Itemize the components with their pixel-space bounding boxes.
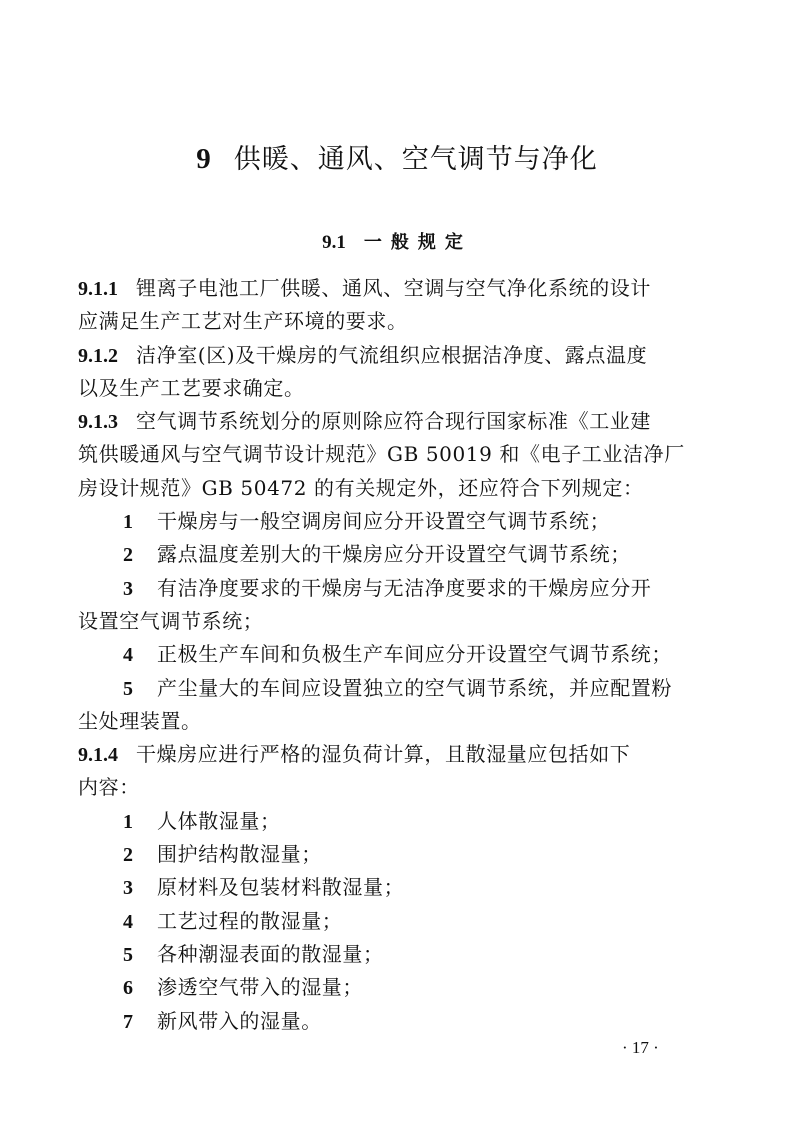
- item-text: 原材料及包装材料散湿量；: [157, 875, 404, 899]
- item-text: 人体散湿量；: [157, 809, 281, 833]
- item-number: 2: [123, 539, 157, 572]
- list-item: 2围护结构散湿量；: [78, 838, 718, 871]
- list-item: 4工艺过程的散湿量；: [78, 905, 718, 938]
- clause-text: 干燥房应进行严格的湿负荷计算，且散湿量应包括如下: [136, 742, 630, 766]
- item-number: 5: [123, 939, 157, 972]
- list-item: 7新风带入的湿量。: [78, 1005, 718, 1038]
- clause-9-1-1: 9.1.1锂离子电池工厂供暖、通风、空调与空气净化系统的设计: [78, 272, 718, 305]
- clause-text: 空气调节系统划分的原则除应符合现行国家标准《工业建: [136, 409, 651, 433]
- item-text: 产尘量大的车间应设置独立的空气调节系统，并应配置粉: [157, 676, 672, 700]
- item-text: 干燥房与一般空调房间应分开设置空气调节系统；: [157, 509, 610, 533]
- clause-text-line: 内容：: [78, 771, 718, 804]
- chapter-title: 9供暖、通风、空气调节与净化: [0, 137, 794, 176]
- item-text-continuation: 设置空气调节系统；: [78, 605, 718, 638]
- list-item: 3原材料及包装材料散湿量；: [78, 871, 718, 904]
- list-item: 5各种潮湿表面的散湿量；: [78, 938, 718, 971]
- section-title: 9.1一般规定: [0, 228, 794, 254]
- clause-text: 锂离子电池工厂供暖、通风、空调与空气净化系统的设计: [136, 276, 651, 300]
- clause-number: 9.1.2: [78, 345, 118, 367]
- item-number: 5: [123, 673, 157, 706]
- document-page: 9供暖、通风、空气调节与净化 9.1一般规定 9.1.1锂离子电池工厂供暖、通风…: [0, 0, 794, 1123]
- clause-text-line: 筑供暖通风与空气调节设计规范》GB 50019 和《电子工业洁净厂: [78, 438, 718, 471]
- item-number: 7: [123, 1006, 157, 1039]
- item-text: 有洁净度要求的干燥房与无洁净度要求的干燥房应分开: [157, 576, 651, 600]
- item-text: 各种潮湿表面的散湿量；: [157, 942, 384, 966]
- clause-number: 9.1.3: [78, 411, 118, 433]
- clause-text-line: 应满足生产工艺对生产环境的要求。: [78, 305, 718, 338]
- item-text: 围护结构散湿量；: [157, 842, 322, 866]
- chapter-title-text: 供暖、通风、空气调节与净化: [234, 144, 598, 175]
- list-item: 5产尘量大的车间应设置独立的空气调节系统，并应配置粉: [78, 672, 718, 705]
- page-number: · 17 ·: [622, 1038, 659, 1058]
- list-item: 4正极生产车间和负极生产车间应分开设置空气调节系统；: [78, 638, 718, 671]
- item-number: 1: [123, 806, 157, 839]
- clause-9-1-4: 9.1.4干燥房应进行严格的湿负荷计算，且散湿量应包括如下: [78, 738, 718, 771]
- clause-9-1-2: 9.1.2洁净室(区)及干燥房的气流组织应根据洁净度、露点温度: [78, 339, 718, 372]
- clause-number: 9.1.1: [78, 278, 118, 300]
- list-item: 3有洁净度要求的干燥房与无洁净度要求的干燥房应分开: [78, 572, 718, 605]
- item-number: 3: [123, 573, 157, 606]
- list-item: 2露点温度差别大的干燥房应分开设置空气调节系统；: [78, 538, 718, 571]
- list-item: 1干燥房与一般空调房间应分开设置空气调节系统；: [78, 505, 718, 538]
- clause-text: 洁净室(区)及干燥房的气流组织应根据洁净度、露点温度: [136, 343, 647, 367]
- item-number: 4: [123, 639, 157, 672]
- item-number: 2: [123, 839, 157, 872]
- item-text: 工艺过程的散湿量；: [157, 909, 342, 933]
- item-text: 露点温度差别大的干燥房应分开设置空气调节系统；: [157, 542, 631, 566]
- item-text: 渗透空气带入的湿量；: [157, 975, 363, 999]
- chapter-number: 9: [196, 143, 212, 175]
- list-item: 6渗透空气带入的湿量；: [78, 971, 718, 1004]
- item-number: 4: [123, 906, 157, 939]
- item-number: 3: [123, 872, 157, 905]
- section-title-text: 一般规定: [364, 232, 472, 253]
- item-text: 新风带入的湿量。: [157, 1009, 322, 1033]
- item-text-continuation: 尘处理装置。: [78, 705, 718, 738]
- item-number: 1: [123, 506, 157, 539]
- clause-9-1-3: 9.1.3空气调节系统划分的原则除应符合现行国家标准《工业建: [78, 405, 718, 438]
- section-number: 9.1: [322, 232, 346, 253]
- item-text: 正极生产车间和负极生产车间应分开设置空气调节系统；: [157, 642, 672, 666]
- list-item: 1人体散湿量；: [78, 805, 718, 838]
- document-body: 9.1.1锂离子电池工厂供暖、通风、空调与空气净化系统的设计 应满足生产工艺对生…: [78, 272, 718, 1038]
- clause-text-line: 以及生产工艺要求确定。: [78, 372, 718, 405]
- item-number: 6: [123, 972, 157, 1005]
- clause-number: 9.1.4: [78, 744, 118, 766]
- clause-text-line: 房设计规范》GB 50472 的有关规定外，还应符合下列规定：: [78, 472, 718, 505]
